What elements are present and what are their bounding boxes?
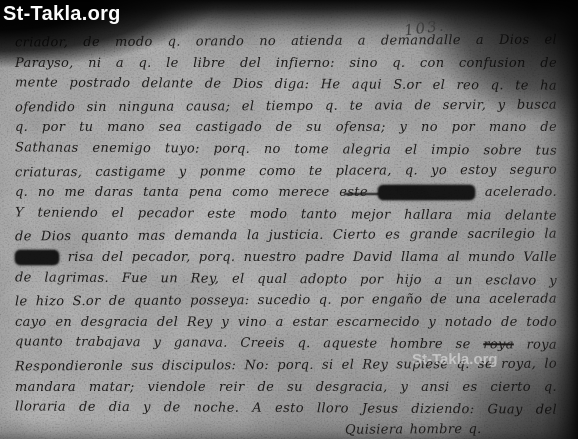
manuscript-line: Parayso, ni a q. le libre del infierno: … [15, 53, 557, 75]
manuscript-line: criador, de modo q. orando no atienda a … [15, 30, 557, 54]
manuscript-scan-page: criador, de modo q. orando no atienda a … [0, 0, 578, 439]
crossed-out-word: ■■■■■■ [378, 185, 476, 200]
handwritten-text: de Dios quanto mas demanda la justicia. … [15, 227, 557, 245]
handwritten-text: Sathanas enemigo tuyo: porq. no tome ale… [15, 140, 557, 158]
handwritten-text: risa del pecador, porq. nuestro padre Da… [59, 250, 557, 265]
handwritten-text: criaturas, castigame y ponme como te pla… [15, 162, 557, 180]
manuscript-line: Quisiera hombre q. [15, 418, 557, 439]
handwritten-text: criador, de modo q. orando no atienda a … [15, 33, 557, 51]
manuscript-line: le hizo S.or de quanto posseya: sucedio … [15, 289, 557, 313]
handwritten-text: mandara matar; viendole reir de su desgr… [15, 380, 557, 395]
handwritten-text: Parayso, ni a q. le libre del infierno: … [15, 56, 557, 71]
manuscript-line: mandara matar; viendole reir de su desgr… [15, 377, 557, 399]
manuscript-line: de Dios quanto mas demanda la justicia. … [15, 224, 557, 248]
handwritten-text: acelerado. [475, 185, 557, 200]
handwritten-text: cayo en desgracia del Rey y vino a estar… [15, 315, 557, 330]
crossed-out-word: ■■■ [15, 250, 59, 265]
handwritten-text: ofendido sin ninguna causa; el tiempo q.… [15, 97, 557, 115]
site-watermark-center: St-Takla.org [412, 351, 498, 368]
handwritten-text: le hizo S.or de quanto posseya: sucedio … [15, 292, 557, 310]
handwritten-text: quanto trabajava y ganava. Creeis q. aqu… [15, 335, 483, 353]
handwritten-text: lloraria de dia y de noche. A esto lloro… [15, 399, 557, 417]
manuscript-line: cayo en desgracia del Rey y vino a estar… [15, 312, 557, 334]
manuscript-line: criaturas, castigame y ponme como te pla… [15, 159, 557, 183]
manuscript-line: mente postrado delante de Dios diga: He … [15, 73, 557, 98]
manuscript-line: q. no me daras tanta pena como merece es… [15, 182, 557, 204]
handwritten-text: Y teniendo el pecador este modo tanto me… [15, 205, 557, 223]
manuscript-line: ■■■ risa del pecador, porq. nuestro padr… [15, 247, 557, 269]
handwritten-text: mente postrado delante de Dios diga: He … [15, 76, 557, 94]
site-watermark: St-Takla.org [3, 1, 121, 27]
handwritten-text: q. no me daras tanta pena como merece es… [15, 185, 378, 200]
handwritten-text: de lagrimas. Fue un Rey, el qual adopto … [15, 270, 557, 288]
handwritten-text: q. por tu mano sea castigado de su ofens… [15, 120, 557, 135]
manuscript-text: criador, de modo q. orando no atienda a … [15, 31, 557, 439]
manuscript-line: lloraria de dia y de noche. A esto lloro… [15, 396, 557, 421]
handwritten-text: roya [514, 338, 557, 353]
manuscript-line: ofendido sin ninguna causa; el tiempo q.… [15, 94, 557, 118]
manuscript-line: q. por tu mano sea castigado de su ofens… [15, 117, 557, 139]
handwritten-text: Quisiera hombre q. [345, 422, 482, 438]
manuscript-line: Sathanas enemigo tuyo: porq. no tome ale… [15, 137, 557, 162]
